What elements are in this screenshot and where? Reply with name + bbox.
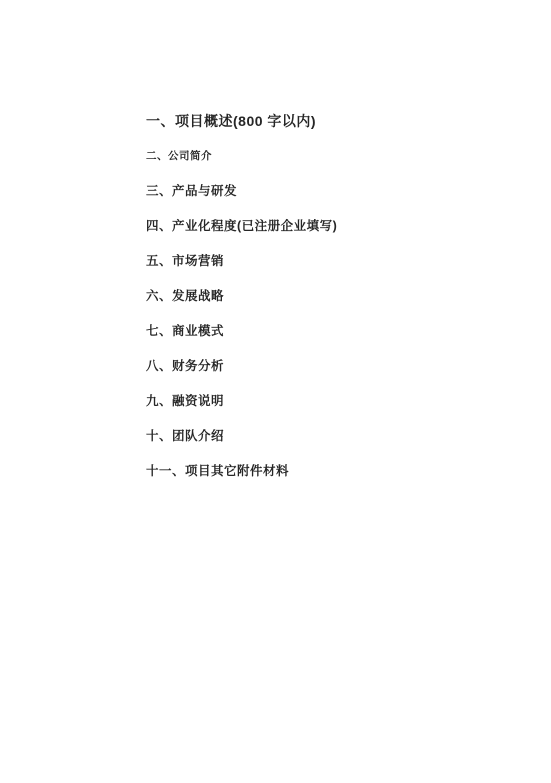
outline-item-product-rnd: 三、产品与研发 [146,183,337,218]
outline-item-other-attachments: 十一、项目其它附件材料 [146,463,337,498]
outline-item-project-overview: 一、项目概述(800 字以内) [146,113,337,148]
outline-item-marketing: 五、市场营销 [146,253,337,288]
outline-list: 一、项目概述(800 字以内) 二、公司简介 三、产品与研发 四、产业化程度(已… [146,113,337,498]
outline-item-team-introduction: 十、团队介绍 [146,428,337,463]
outline-item-business-model: 七、商业模式 [146,323,337,358]
outline-item-financial-analysis: 八、财务分析 [146,358,337,393]
document-page: 一、项目概述(800 字以内) 二、公司简介 三、产品与研发 四、产业化程度(已… [0,0,551,783]
outline-item-development-strategy: 六、发展战略 [146,288,337,323]
outline-item-company-profile: 二、公司简介 [146,148,337,183]
outline-item-industrialization: 四、产业化程度(已注册企业填写) [146,218,337,253]
outline-item-financing-description: 九、融资说明 [146,393,337,428]
